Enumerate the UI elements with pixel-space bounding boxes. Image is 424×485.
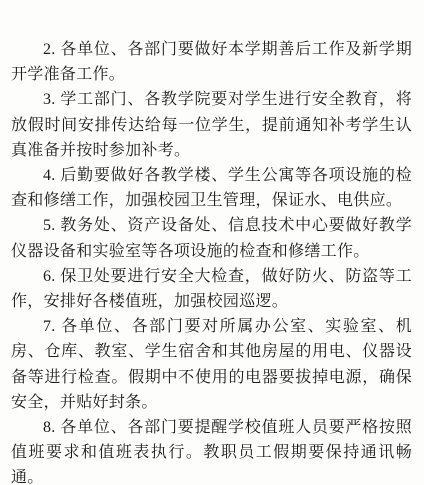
scanned-notice-page: 2. 各单位、各部门要做好本学期善后工作及新学期开学准备工作。 3. 学工部门、… <box>0 0 424 485</box>
notice-paragraph-8: 8. 各单位、各部门要提醒学校值班人员要严格按照值班要求和值班表执行。教职员工假… <box>11 415 412 485</box>
notice-paragraph-2: 2. 各单位、各部门要做好本学期善后工作及新学期开学准备工作。 <box>11 37 412 87</box>
notice-paragraph-5: 5. 教务处、资产设备处、信息技术中心要做好教学仪器设备和实验室等各项设施的检查… <box>11 213 412 263</box>
notice-paragraph-7: 7. 各单位、各部门要对所属办公室、实验室、机房、仓库、教室、学生宿舍和其他房屋… <box>11 314 412 415</box>
notice-paragraph-3: 3. 学工部门、各教学院要对学生进行安全教育，将放假时间安排传达给每一位学生，提… <box>11 87 412 163</box>
notice-paragraph-4: 4. 后勤要做好各教学楼、学生公寓等各项设施的检查和修缮工作，加强校园卫生管理，… <box>11 163 412 213</box>
notice-paragraph-6: 6. 保卫处要进行安全大检查，做好防火、防盗等工作，安排好各楼值班，加强校园巡逻… <box>11 264 412 314</box>
